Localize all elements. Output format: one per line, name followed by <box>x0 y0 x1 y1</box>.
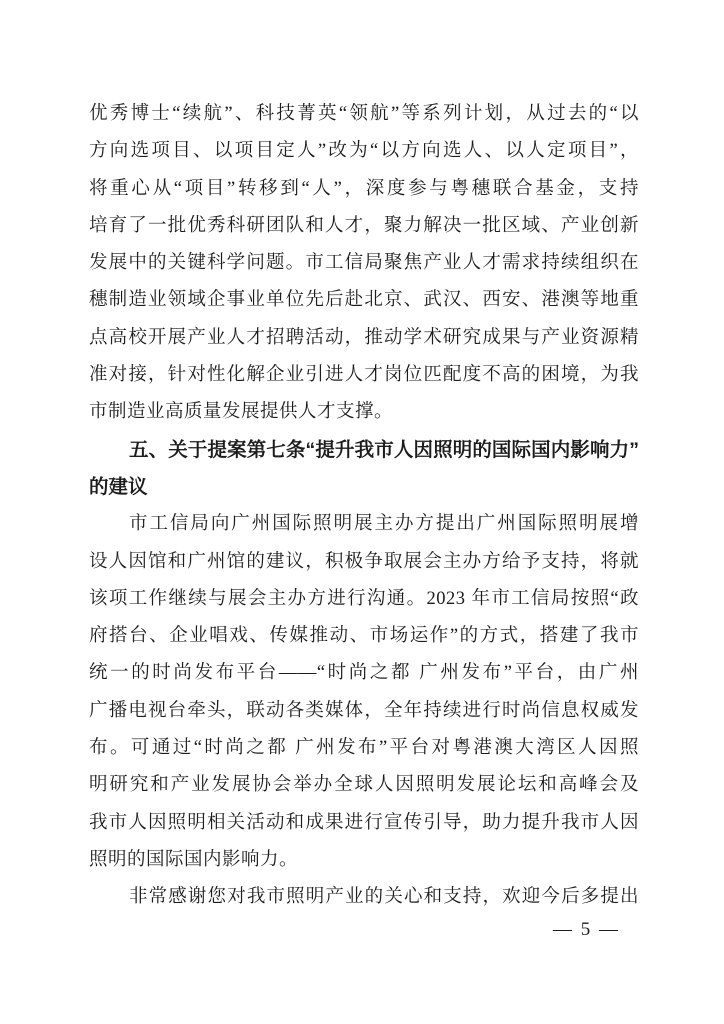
document-line: 穗制造业领域企事业单位先后赴北京、武汉、西安、港澳等地重 <box>89 282 639 319</box>
section-heading-line: 的建议 <box>89 469 639 506</box>
document-line: 布。可通过“时尚之都 广州发布”平台对粤港澳大湾区人因照 <box>89 730 639 767</box>
document-line: 方向选项目、以项目定人”改为“以方向选人、以人定项目”， <box>89 133 639 170</box>
section-heading-line: 五、关于提案第七条“提升我市人因照明的国际国内影响力” <box>89 432 639 469</box>
document-line: 该项工作继续与展会主办方进行沟通。2023 年市工信局按照“政 <box>89 581 639 618</box>
document-line: 发展中的关键科学问题。市工信局聚焦产业人才需求持续组织在 <box>89 245 639 282</box>
document-line: 准对接，针对性化解企业引进人才岗位匹配度不高的困境，为我 <box>89 357 639 394</box>
document-line: 设人因馆和广州馆的建议，积极争取展会主办方给予支持，将就 <box>89 544 639 581</box>
document-line: 府搭台、企业唱戏、传媒推动、市场运作”的方式，搭建了我市 <box>89 618 639 655</box>
document-line: 明研究和产业发展协会举办全球人因照明发展论坛和高峰会及 <box>89 767 639 804</box>
document-line: 统一的时尚发布平台——“时尚之都 广州发布”平台，由广州 <box>89 655 639 692</box>
document-line: 广播电视台牵头，联动各类媒体，全年持续进行时尚信息权威发 <box>89 693 639 730</box>
document-page: 优秀博士“续航”、科技菁英“领航”等系列计划，从过去的“以方向选项目、以项目定人… <box>0 0 724 1024</box>
document-line: 点高校开展产业人才招聘活动，推动学术研究成果与产业资源精 <box>89 320 639 357</box>
document-line: 将重心从“项目”转移到“人”，深度参与粤穗联合基金，支持 <box>89 171 639 208</box>
document-line: 非常感谢您对我市照明产业的关心和支持，欢迎今后多提出 <box>89 879 639 916</box>
page-number: — 5 — <box>553 916 620 944</box>
document-line: 照明的国际国内影响力。 <box>89 842 639 879</box>
document-line: 培育了一批优秀科研团队和人才，聚力解决一批区域、产业创新 <box>89 208 639 245</box>
document-line: 市制造业高质量发展提供人才支撑。 <box>89 394 639 431</box>
document-line: 优秀博士“续航”、科技菁英“领航”等系列计划，从过去的“以 <box>89 96 639 133</box>
document-line: 市工信局向广州国际照明展主办方提出广州国际照明展增 <box>89 506 639 543</box>
document-line: 我市人因照明相关活动和成果进行宣传引导，助力提升我市人因 <box>89 805 639 842</box>
document-body: 优秀博士“续航”、科技菁英“领航”等系列计划，从过去的“以方向选项目、以项目定人… <box>89 96 639 917</box>
